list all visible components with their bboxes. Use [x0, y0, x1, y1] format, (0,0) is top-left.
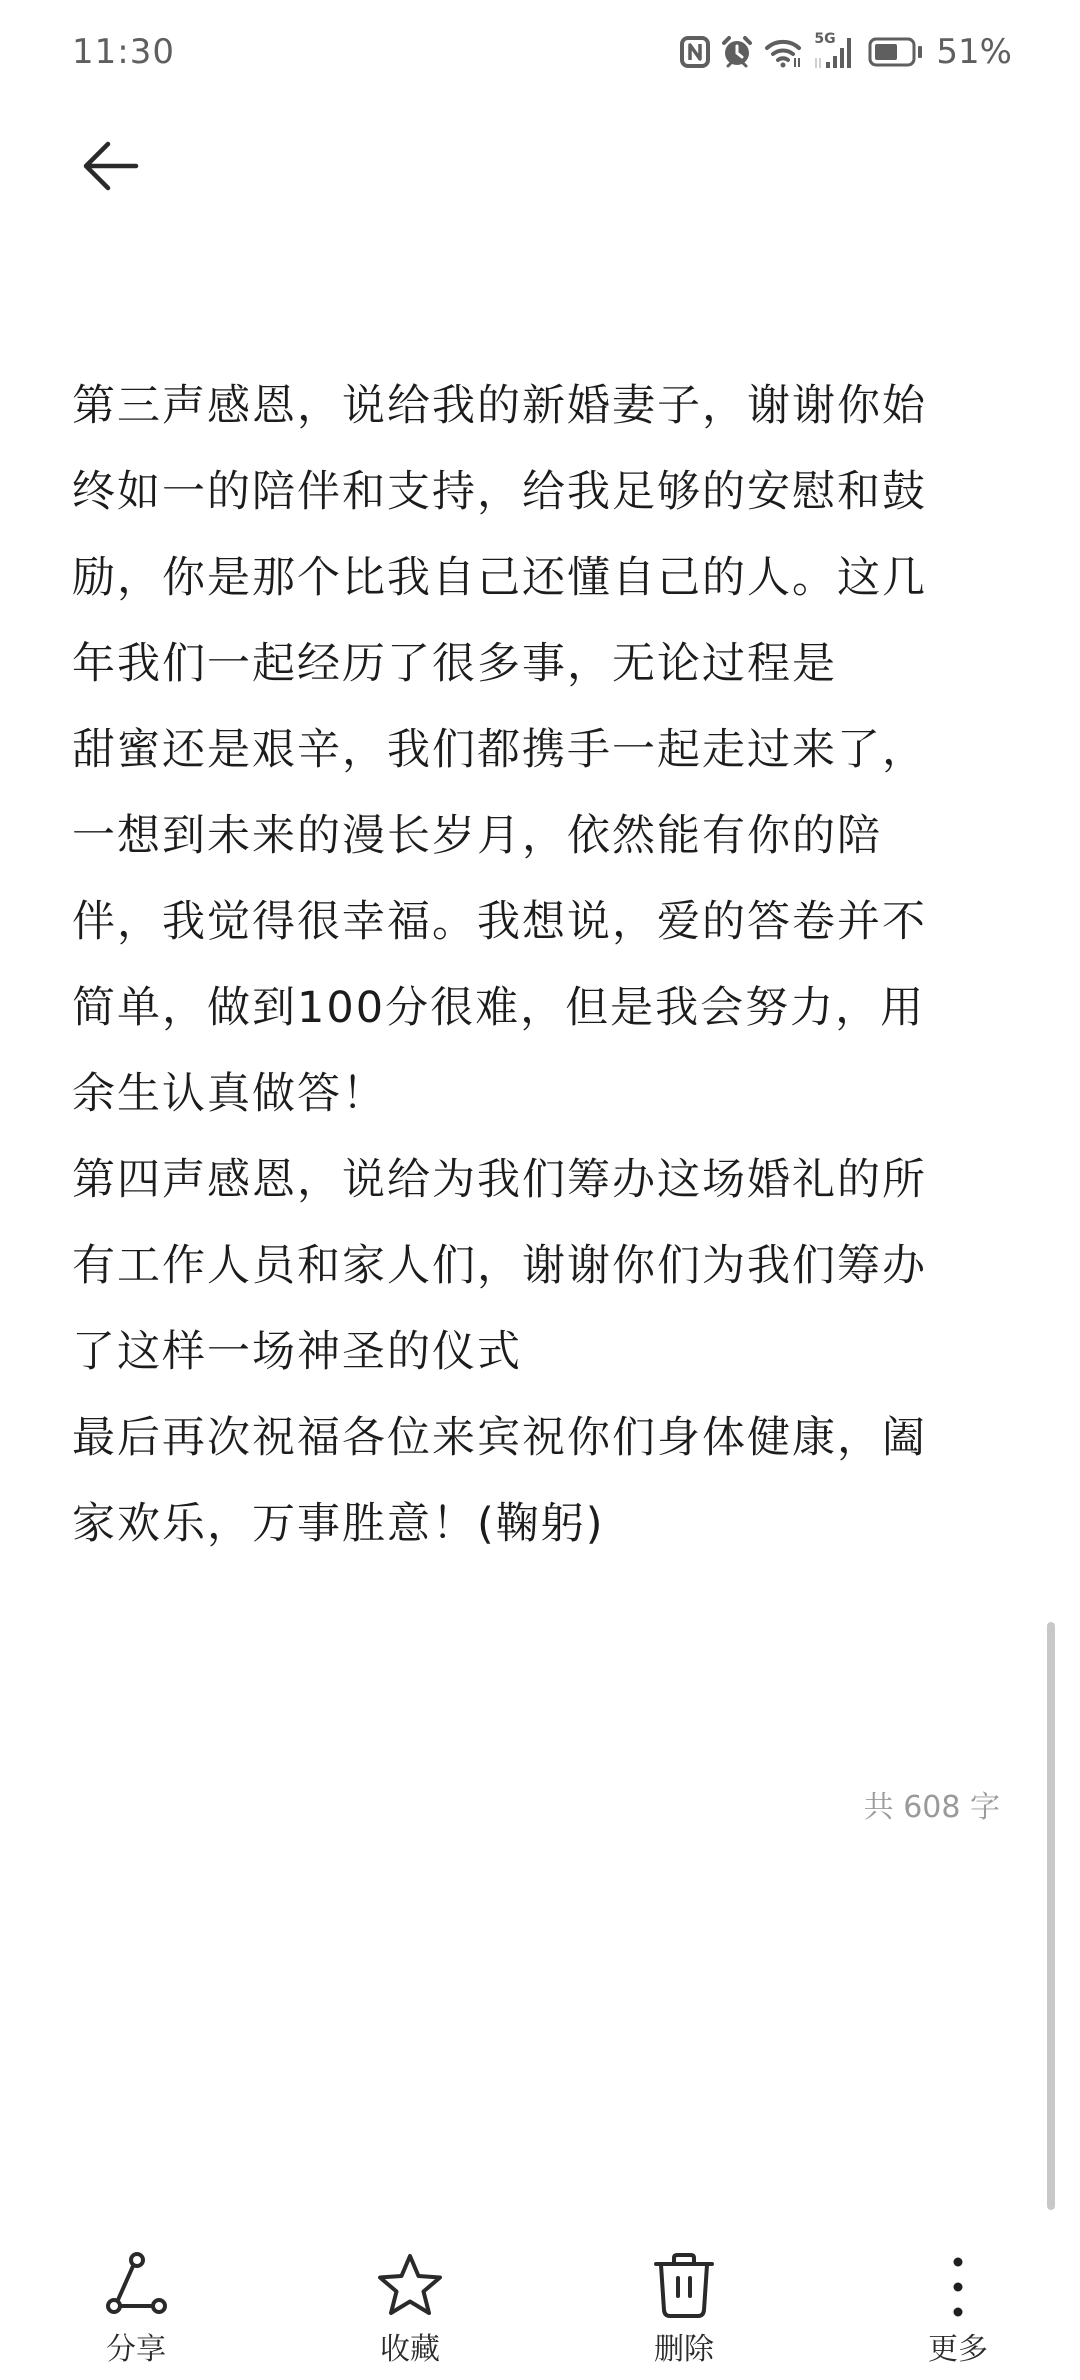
favorite-button[interactable]: 收藏	[330, 2250, 490, 2380]
wifi-icon	[764, 36, 804, 68]
share-icon	[100, 2250, 172, 2322]
back-button[interactable]	[62, 120, 158, 216]
note-line: 伴，我觉得很幸福。我想说，爱的答卷并不	[72, 879, 1012, 965]
note-line: 终如一的陪伴和支持，给我足够的安慰和鼓	[72, 449, 1012, 535]
note-content[interactable]: 第三声感恩，说给我的新婚妻子，谢谢你始 终如一的陪伴和支持，给我足够的安慰和鼓 …	[72, 363, 1012, 1567]
delete-button[interactable]: 删除	[604, 2250, 764, 2380]
star-icon	[374, 2250, 446, 2322]
bottom-toolbar: 分享 收藏 删除 更多	[0, 2250, 1080, 2380]
alarm-icon	[720, 35, 754, 69]
note-line: 第三声感恩，说给我的新婚妻子，谢谢你始	[72, 363, 1012, 449]
note-line: 第四声感恩，说给为我们筹办这场婚礼的所	[72, 1137, 1012, 1223]
word-count: 共 608 字	[864, 1788, 1000, 1828]
status-time: 11:30	[72, 30, 175, 74]
note-line: 简单，做到100分很难，但是我会努力，用	[72, 965, 1012, 1051]
note-line: 年我们一起经历了很多事，无论过程是	[72, 621, 1012, 707]
nfc-icon	[680, 36, 710, 68]
more-button[interactable]: 更多	[878, 2250, 1038, 2380]
battery-icon	[868, 37, 924, 67]
note-line: 一想到未来的漫长岁月，依然能有你的陪	[72, 793, 1012, 879]
note-line: 励，你是那个比我自己还懂自己的人。这几	[72, 535, 1012, 621]
favorite-label: 收藏	[380, 2332, 440, 2368]
scrollbar-thumb[interactable]	[1047, 1622, 1055, 2210]
arrow-left-icon	[78, 134, 142, 202]
status-bar: 11:30	[0, 0, 1080, 100]
note-line: 家欢乐，万事胜意！(鞠躬)	[72, 1481, 1012, 1567]
more-vertical-icon	[922, 2250, 994, 2322]
note-line: 有工作人员和家人们，谢谢你们为我们筹办	[72, 1223, 1012, 1309]
more-label: 更多	[928, 2332, 988, 2368]
trash-icon	[648, 2250, 720, 2322]
5g-signal-icon: 5G	[814, 34, 858, 70]
note-line: 最后再次祝福各位来宾祝你们身体健康，阖	[72, 1395, 1012, 1481]
battery-percent: 51%	[936, 30, 1012, 74]
note-line: 了这样一场神圣的仪式	[72, 1309, 1012, 1395]
note-line: 甜蜜还是艰辛，我们都携手一起走过来了，	[72, 707, 1012, 793]
share-button[interactable]: 分享	[56, 2250, 216, 2380]
share-label: 分享	[106, 2332, 166, 2368]
delete-label: 删除	[654, 2332, 714, 2368]
status-icons: 5G 51%	[680, 30, 1012, 74]
note-line: 余生认真做答！	[72, 1051, 1012, 1137]
